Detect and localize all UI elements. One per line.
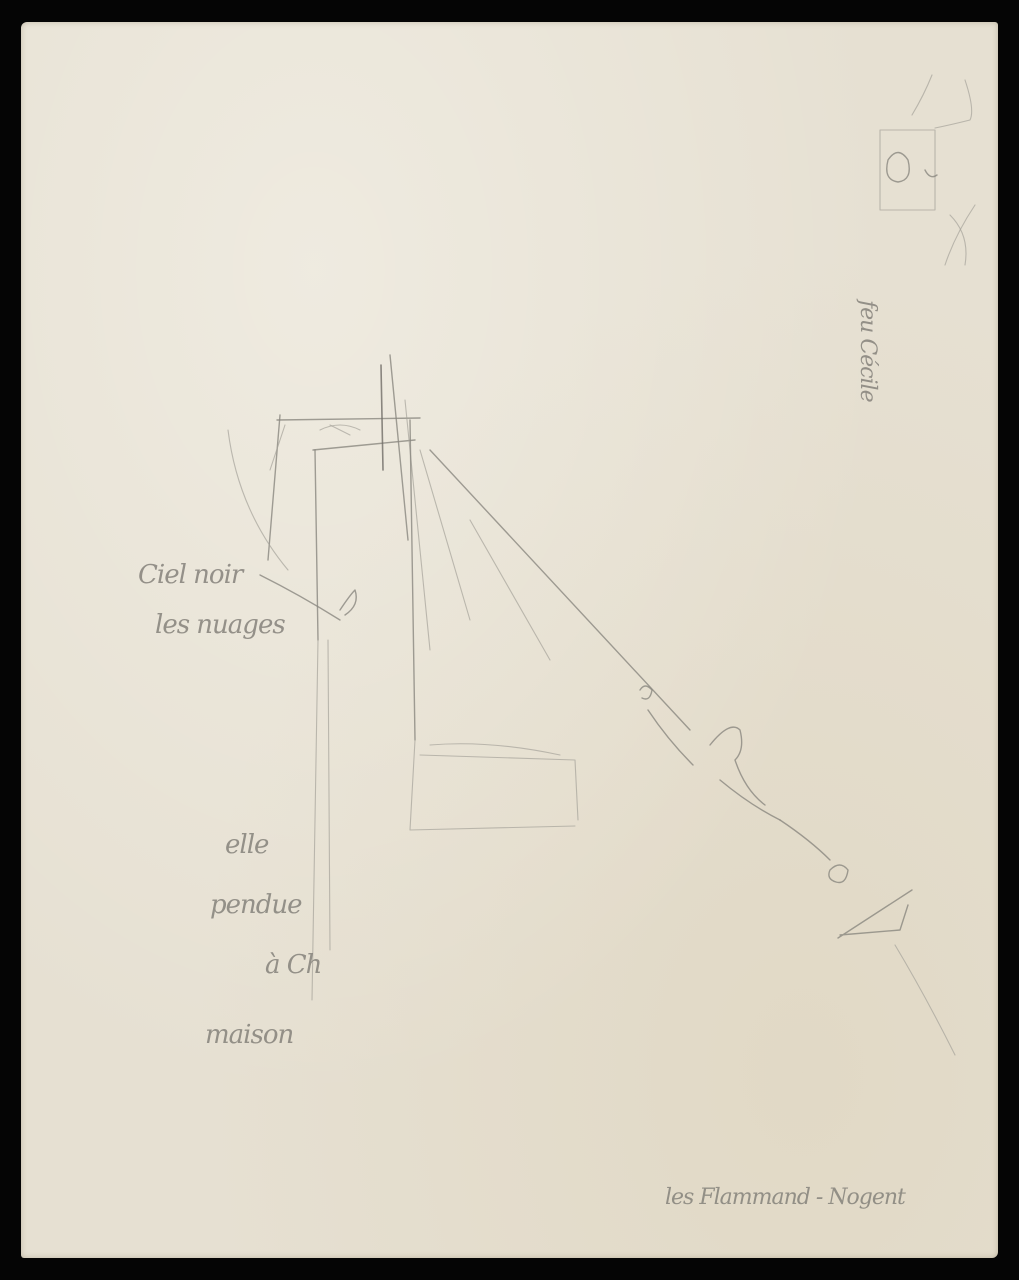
- pencil-sketch: [0, 0, 1019, 1280]
- annotation-vertical: feu Cécile: [855, 300, 880, 402]
- annotation-a-ch: à Ch: [265, 950, 321, 980]
- hanging-figures: [640, 686, 955, 1055]
- annotation-elle: elle: [225, 830, 268, 860]
- thumbnail-sketch: [880, 75, 975, 265]
- annotation-maison: maison: [205, 1020, 293, 1050]
- annotation-location: les Flammand - Nogent: [665, 1185, 905, 1210]
- annotation-les-nuages: les nuages: [155, 610, 285, 640]
- annotation-ciel-noir: Ciel noir: [138, 560, 242, 590]
- annotation-pendue: pendue: [210, 890, 302, 920]
